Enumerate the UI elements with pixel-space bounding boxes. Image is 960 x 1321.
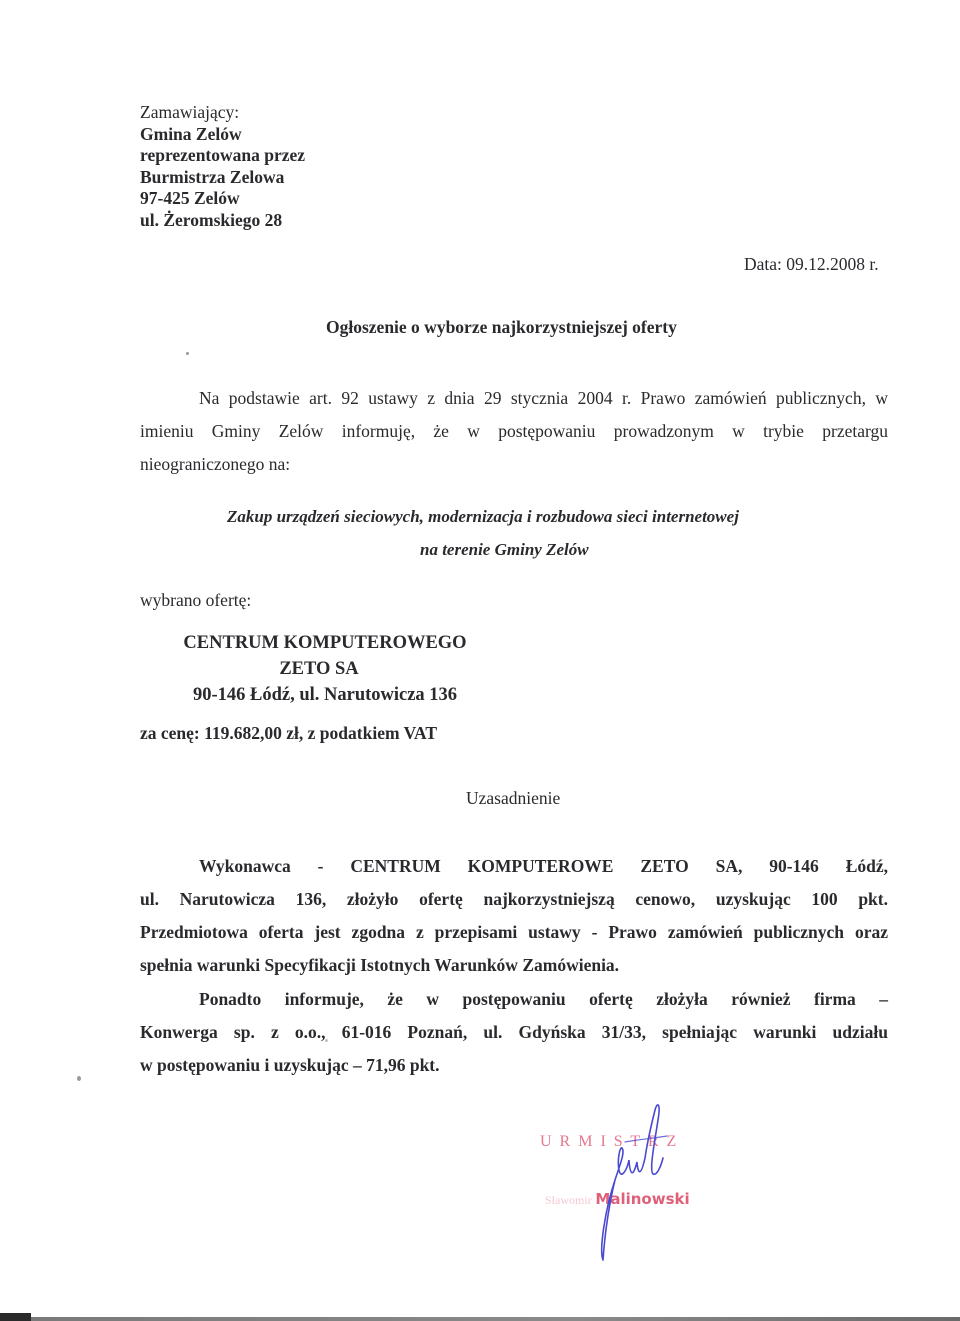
signature-mark xyxy=(595,1100,685,1270)
intro-line: imieniu Gminy Zelów informuję, że w post… xyxy=(140,415,888,448)
justification-heading: Uzasadnienie xyxy=(466,788,560,809)
winner-block: CENTRUM KOMPUTEROWEGO ZETO SA 90-146 Łód… xyxy=(160,630,490,708)
justification-line: spełnia warunki Specyfikacji Istotnych W… xyxy=(140,949,888,982)
sender-block: Zamawiający: Gmina Zelów reprezentowana … xyxy=(140,102,305,231)
stamp-name-prefix: Sławomir xyxy=(545,1193,592,1207)
procurement-subject: Zakup urządzeń sieciowych, modernizacja … xyxy=(140,500,888,566)
intro-line: nieograniczonego na: xyxy=(140,448,888,481)
winner-address: 90-146 Łódź, ul. Narutowicza 136 xyxy=(160,682,490,708)
justification-paragraph-1: Wykonawca - CENTRUM KOMPUTEROWE ZETO SA,… xyxy=(140,850,888,982)
winner-name: CENTRUM KOMPUTEROWEGO xyxy=(160,630,490,656)
sender-line: 97-425 Zelów xyxy=(140,188,305,210)
justification-line: Przedmiotowa oferta jest zgodna z przepi… xyxy=(140,916,888,949)
justification-line: w postępowaniu i uzyskując – 71,96 pkt. xyxy=(140,1049,888,1082)
intro-line: Na podstawie art. 92 ustawy z dnia 29 st… xyxy=(140,382,888,415)
sender-line: reprezentowana przez xyxy=(140,145,305,167)
justification-line: ul. Narutowicza 136, złożyło ofertę najk… xyxy=(140,883,888,916)
subject-line: na terenie Gminy Zelów xyxy=(140,533,888,566)
sender-label: Zamawiający: xyxy=(140,102,305,124)
justification-paragraph-2: Ponadto informuje, że w postępowaniu ofe… xyxy=(140,983,888,1082)
justification-line: Konwerga sp. z o.o., 61-016 Poznań, ul. … xyxy=(140,1016,888,1049)
subject-line: Zakup urządzeń sieciowych, modernizacja … xyxy=(140,500,888,533)
document-date: Data: 09.12.2008 r. xyxy=(744,254,879,275)
justification-line: Ponadto informuje, że w postępowaniu ofe… xyxy=(140,983,888,1016)
selected-offer-label: wybrano ofertę: xyxy=(140,590,251,611)
sender-line: ul. Żeromskiego 28 xyxy=(140,210,305,232)
scan-speck xyxy=(186,352,189,355)
sender-line: Burmistrza Zelowa xyxy=(140,167,305,189)
justification-line: Wykonawca - CENTRUM KOMPUTEROWE ZETO SA,… xyxy=(140,850,888,883)
scan-speck xyxy=(325,1039,328,1042)
scan-edge-corner xyxy=(0,1313,31,1321)
document-title: Ogłoszenie o wyborze najkorzystniejszej … xyxy=(326,317,677,338)
scan-edge xyxy=(0,1317,960,1321)
intro-paragraph: Na podstawie art. 92 ustawy z dnia 29 st… xyxy=(140,382,888,481)
winner-name-suffix: ZETO SA xyxy=(160,656,490,682)
winning-price: za cenę: 119.682,00 zł, z podatkiem VAT xyxy=(140,723,437,744)
sender-line: Gmina Zelów xyxy=(140,124,305,146)
scan-speck xyxy=(77,1076,81,1081)
